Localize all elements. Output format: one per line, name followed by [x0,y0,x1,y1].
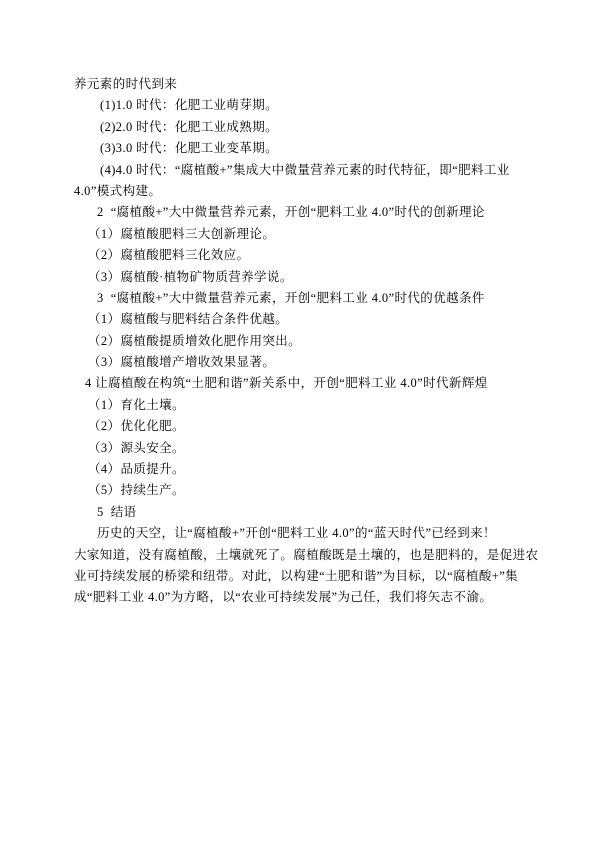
text-line: （2）腐植酸肥料三化效应。 [74,245,526,266]
text-line: （5）持续生产。 [74,480,526,501]
text-line: 养元素的时代到来 [74,74,526,95]
text-line: 成“肥料工业 4.0”为方略，以“农业可持续发展”为己任，我们将矢志不渝。 [74,587,526,608]
text-line: （3）源头安全。 [74,438,526,459]
text-line: （1）腐植酸肥料三大创新理论。 [74,224,526,245]
text-line: 大家知道，没有腐植酸，土壤就死了。腐植酸既是土壤的，也是肥料的，是促进农 [74,545,526,566]
text-line: （2）腐植酸提质增效化肥作用突出。 [74,331,526,352]
text-line: 4.0”模式构建。 [74,181,526,202]
text-line: （3）腐植酸增产增收效果显著。 [74,352,526,373]
text-line: （3）腐植酸·植物矿物质营养学说。 [74,267,526,288]
section-heading: 3 “腐植酸+”大中微量营养元素，开创“肥料工业 4.0”时代的优越条件 [74,288,526,309]
text-line: （1）育化土壤。 [74,395,526,416]
text-line: (4)4.0 时代：“腐植酸+”集成大中微量营养元素的时代特征，即“肥料工业 [74,160,526,181]
document-text-block: 养元素的时代到来 (1)1.0 时代：化肥工业萌芽期。 (2)2.0 时代：化肥… [74,74,526,609]
text-line: (2)2.0 时代：化肥工业成熟期。 [74,117,526,138]
text-line: （4）品质提升。 [74,459,526,480]
text-line: 业可持续发展的桥梁和纽带。对此，以构建“土肥和谐”为目标，以“腐植酸+”集 [74,566,526,587]
section-heading: 4 让腐植酸在构筑“土肥和谐”新关系中，开创“肥料工业 4.0”时代新辉煌 [74,373,526,394]
text-line: （2）优化化肥。 [74,416,526,437]
text-line: (1)1.0 时代：化肥工业萌芽期。 [74,95,526,116]
section-heading: 2 “腐植酸+”大中微量营养元素，开创“肥料工业 4.0”时代的创新理论 [74,202,526,223]
section-heading: 5 结语 [74,502,526,523]
text-line: 历史的天空，让“腐植酸+”开创“肥料工业 4.0”的“蓝天时代”已经到来！ [74,523,526,544]
text-line: (3)3.0 时代：化肥工业变革期。 [74,138,526,159]
document-page: 养元素的时代到来 (1)1.0 时代：化肥工业萌芽期。 (2)2.0 时代：化肥… [0,0,596,842]
text-line: （1）腐植酸与肥料结合条件优越。 [74,309,526,330]
